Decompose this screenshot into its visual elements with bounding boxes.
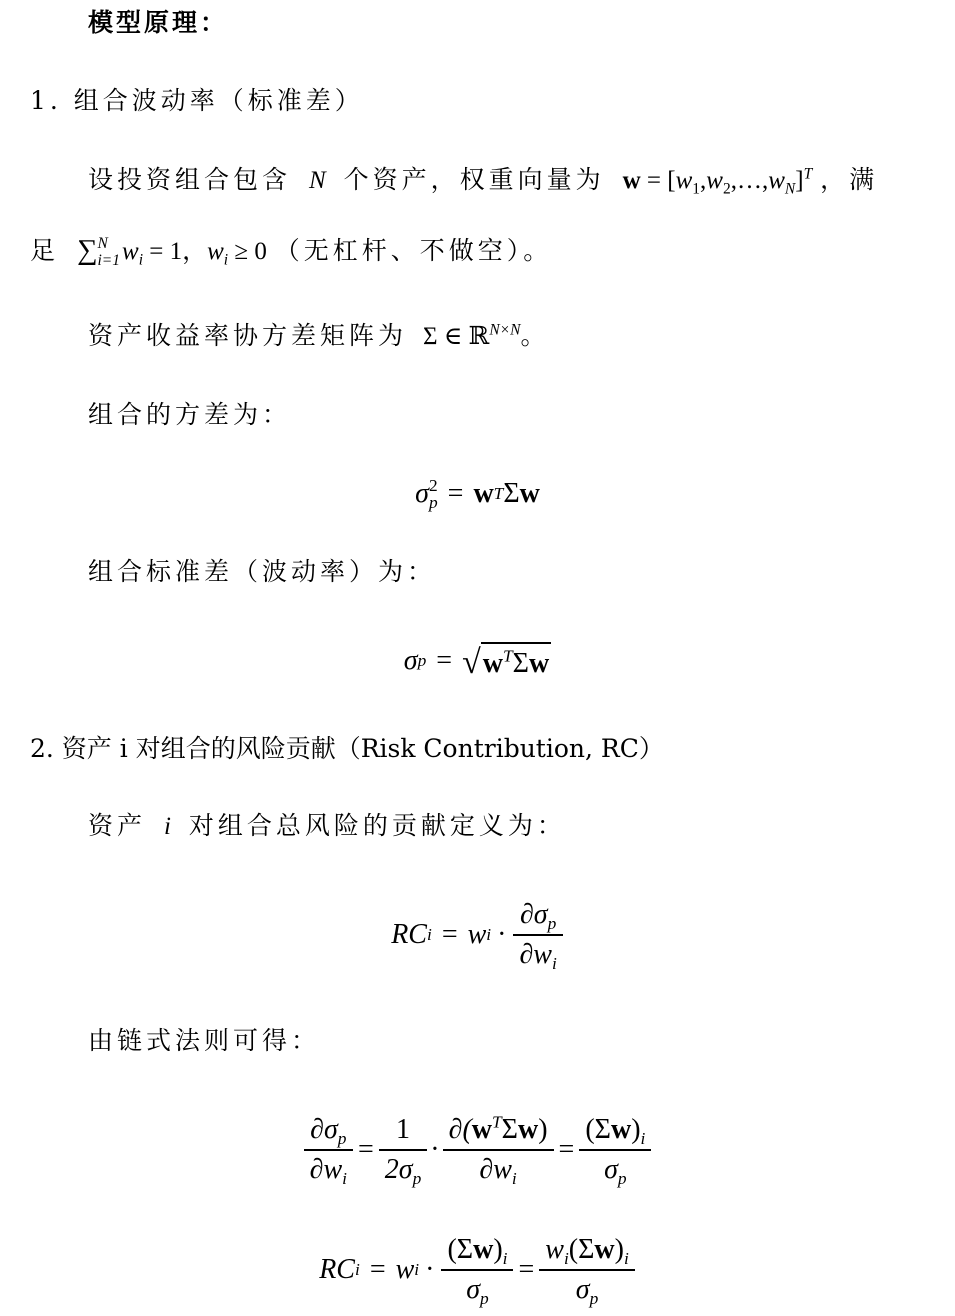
- portfolio-definition-line-2: 足 ∑Ni=1wi = 1，wi ≥ 0 （无杠杆、不做空）。: [30, 236, 552, 269]
- chain-rule-label: 由链式法则可得：: [88, 1028, 320, 1053]
- rc-definition: 资产 i 对组合总风险的贡献定义为：: [88, 813, 566, 839]
- portfolio-definition-line-1: 设投资组合包含 N 个资产，权重向量为 w = [w1,w2,…,wN]T ，满: [88, 167, 878, 193]
- sum-constraint: ∑Ni=1wi = 1，wi ≥ 0: [77, 236, 267, 265]
- page-title: 模型原理：: [88, 10, 228, 35]
- para2-prefix: 足: [30, 236, 59, 265]
- partial-fraction: ∂σp ∂wi: [516, 899, 559, 971]
- chain-rule-formula: ∂σp ∂wi = 1 2σp · ∂(wTΣw) ∂wi = (Σw)i σp: [0, 1110, 955, 1190]
- section-2-heading: 2. 资产 i 对组合的风险贡献（Risk Contribution, RC）: [30, 736, 664, 761]
- sqrt-expression: √wTΣw: [462, 642, 551, 680]
- var-N: N: [309, 167, 326, 194]
- std-formula: σp = √wTΣw: [0, 636, 955, 686]
- para1-end: ，满: [820, 165, 878, 194]
- variance-formula: σ2p = wTΣw: [0, 474, 955, 514]
- variance-label: 组合的方差为：: [88, 402, 291, 427]
- final-rc-formula: RCi = wi · (Σw)i σp = wi(Σw)i σp: [0, 1230, 955, 1310]
- covariance-math: Σ ∈ ℝN×N: [423, 323, 520, 350]
- rc-formula: RCi = wi · ∂σp ∂wi: [0, 895, 955, 975]
- para1-prefix: 设投资组合包含: [88, 165, 291, 194]
- std-label: 组合标准差（波动率）为：: [88, 559, 436, 584]
- weight-vector: w = [w1,w2,…,wN]T: [623, 165, 813, 194]
- para2-suffix: （无杠杆、不做空）。: [275, 236, 553, 265]
- covariance-definition: 资产收益率协方差矩阵为 Σ ∈ ℝN×N。: [88, 323, 545, 349]
- para1-mid: 个资产，权重向量为: [344, 165, 605, 194]
- section-1-heading: 1. 组合波动率（标准差）: [30, 88, 364, 113]
